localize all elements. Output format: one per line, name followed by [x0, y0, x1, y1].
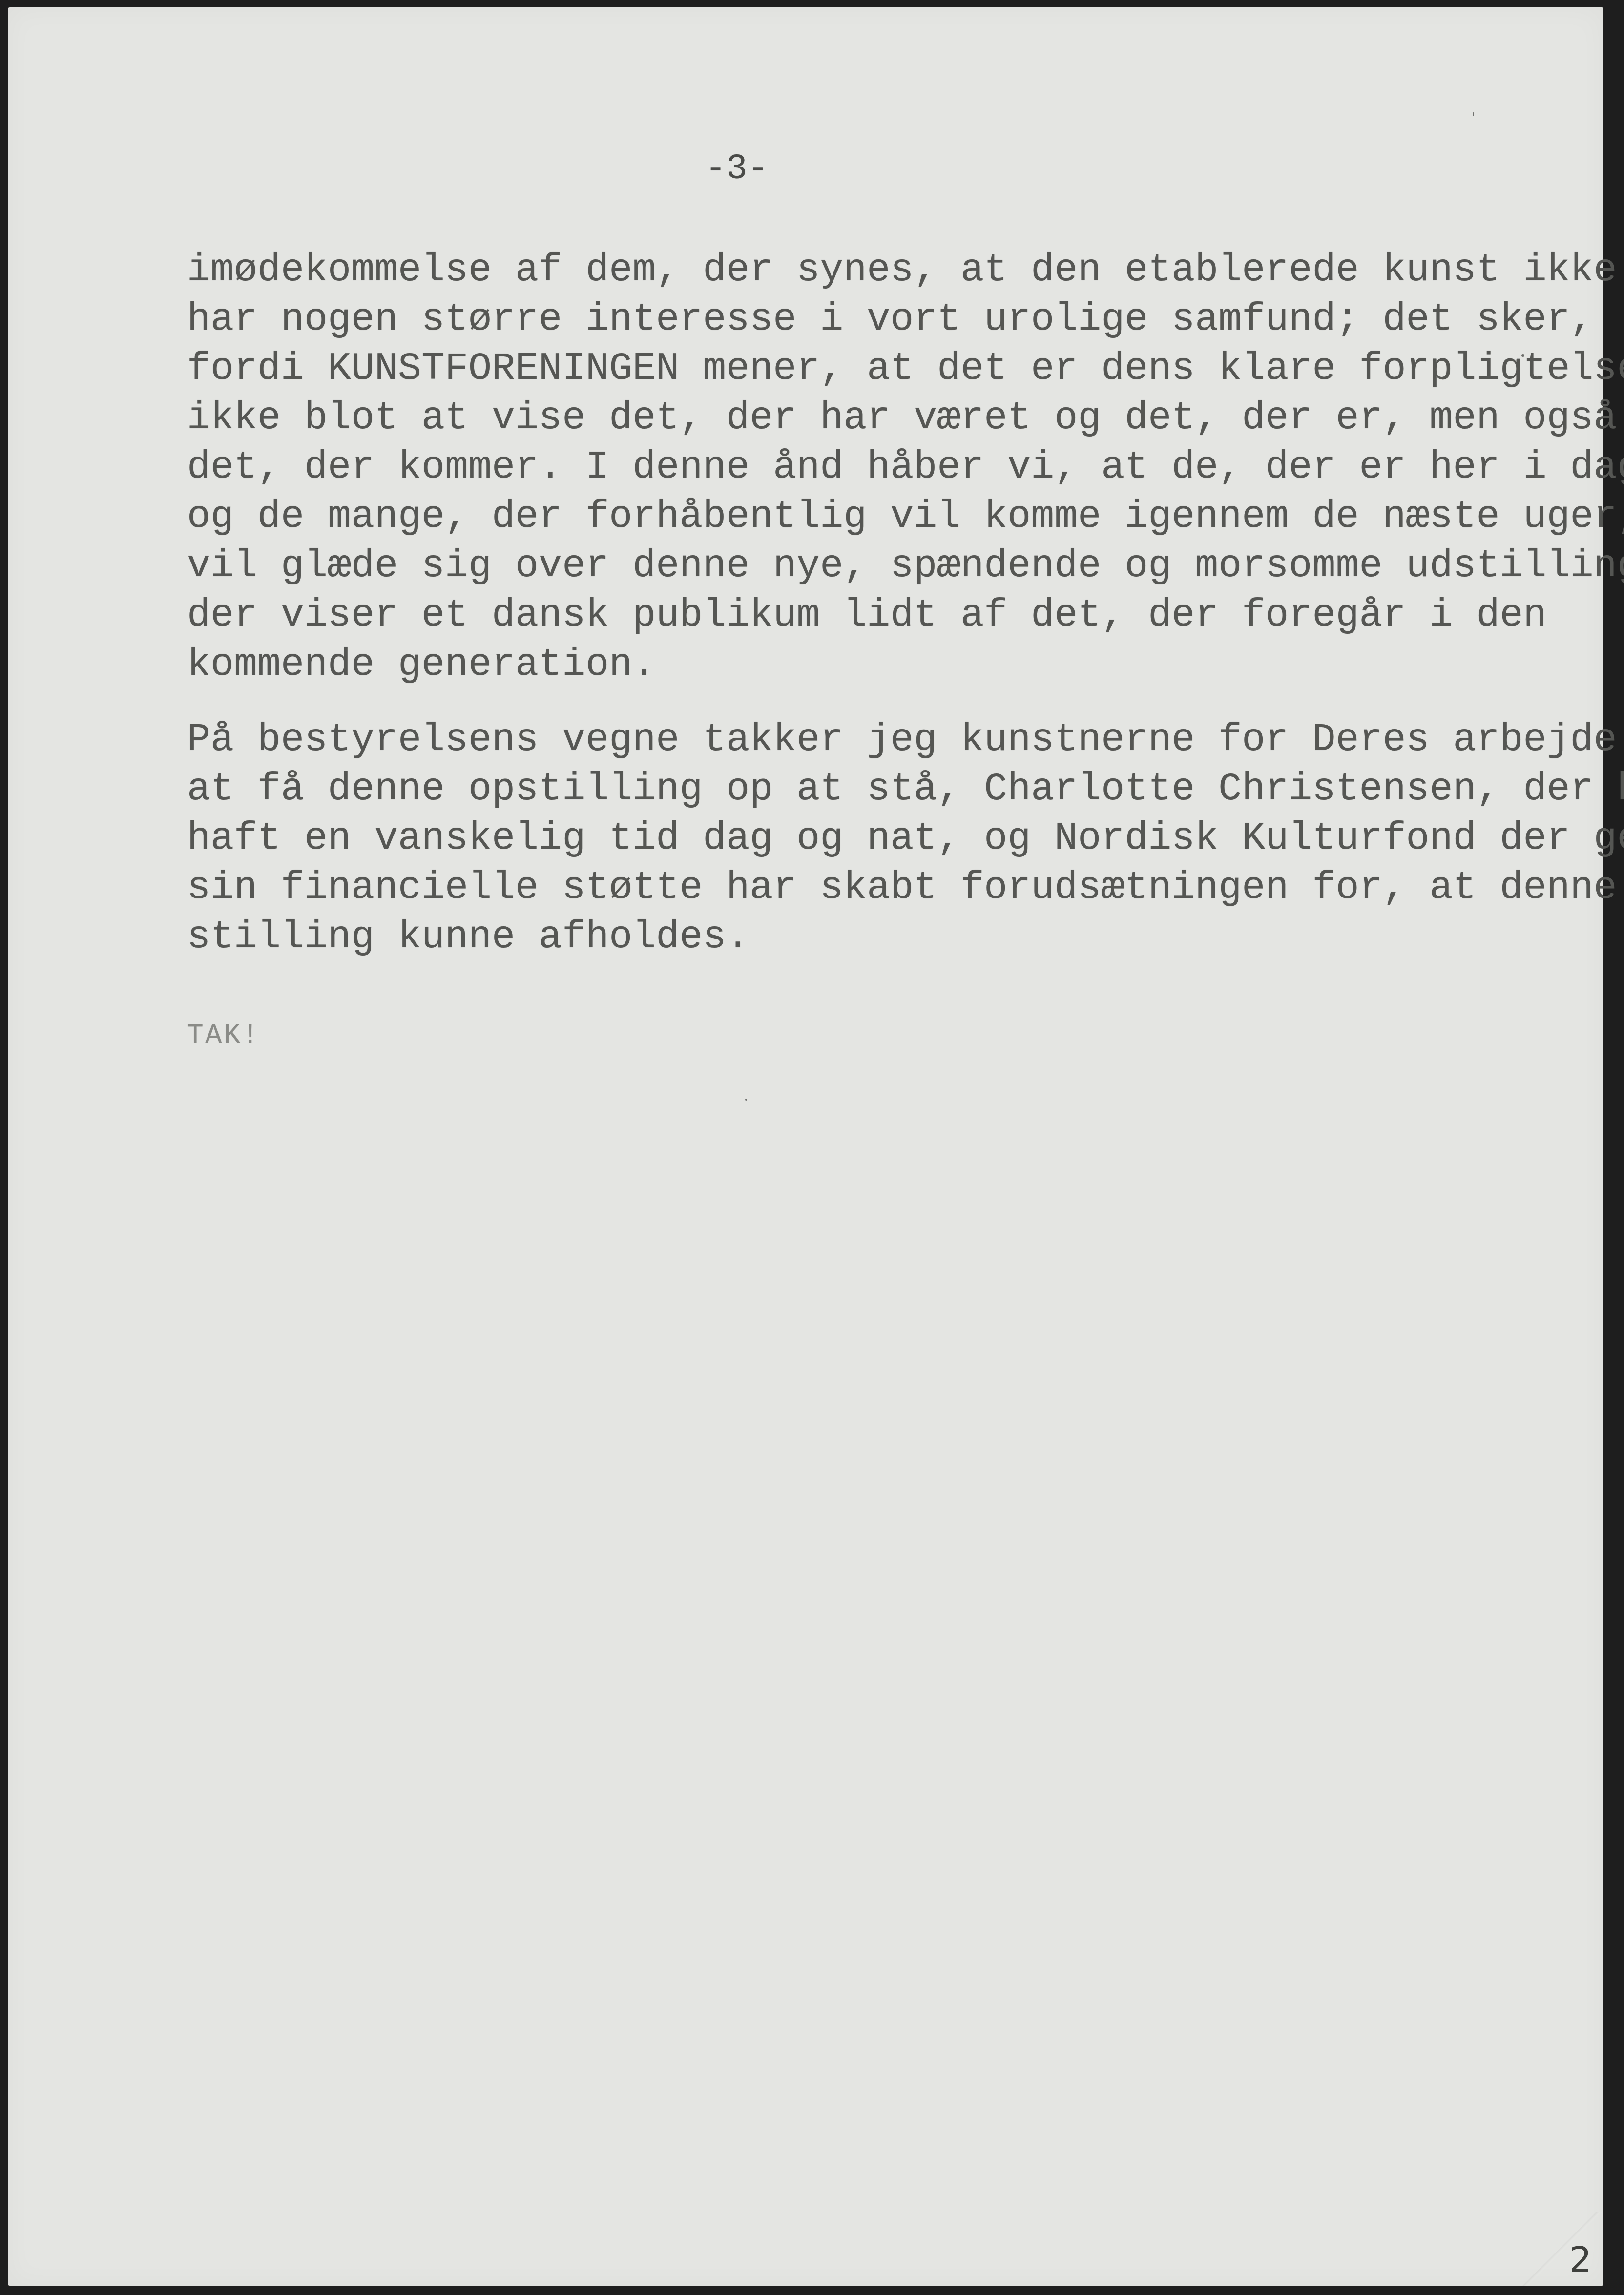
- text-line: sin financielle støtte har skabt forudsæ…: [187, 863, 1624, 913]
- closing-text: TAK!: [187, 1011, 260, 1060]
- text-line: stilling kunne afholdes.: [187, 913, 1624, 962]
- text-line: ikke blot at vise det, der har været og …: [187, 394, 1624, 443]
- text-line: vil glæde sig over denne nye, spændende …: [187, 542, 1624, 591]
- text-line: at få denne opstilling op at stå, Charlo…: [187, 765, 1624, 814]
- page-header-number: -3-: [705, 149, 769, 189]
- text-line: kommende generation.: [187, 640, 1624, 689]
- text-line: På bestyrelsens vegne takker jeg kunstne…: [187, 715, 1624, 765]
- paragraph-2: På bestyrelsens vegne takker jeg kunstne…: [187, 715, 1624, 962]
- paper-speck: [1473, 112, 1474, 116]
- text-line: der viser et dansk publikum lidt af det,…: [187, 591, 1624, 640]
- handwritten-page-number: 2: [1569, 2239, 1592, 2280]
- document-page: -3- imødekommelse af dem, der synes, at …: [8, 7, 1603, 2286]
- text-line: haft en vanskelig tid dag og nat, og Nor…: [187, 814, 1624, 863]
- paper-speck: [1521, 354, 1524, 357]
- text-line: fordi KUNSTFORENINGEN mener, at det er d…: [187, 344, 1624, 394]
- paragraph-1: imødekommelse af dem, der synes, at den …: [187, 246, 1624, 689]
- text-line: har nogen større interesse i vort urolig…: [187, 295, 1624, 344]
- text-line: imødekommelse af dem, der synes, at den …: [187, 246, 1624, 295]
- text-line: og de mange, der forhåbentlig vil komme …: [187, 492, 1624, 542]
- paper-speck: [745, 1099, 747, 1101]
- text-line: det, der kommer. I denne ånd håber vi, a…: [187, 443, 1624, 492]
